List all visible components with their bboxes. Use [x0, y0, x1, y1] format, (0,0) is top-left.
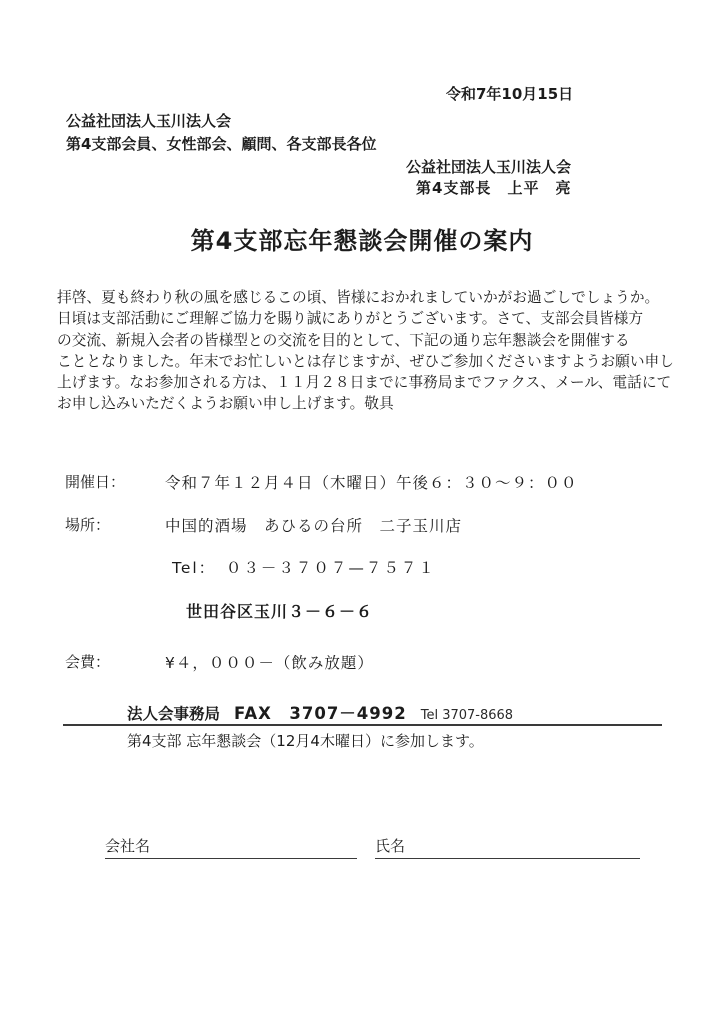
reply-slip-divider: [63, 724, 662, 726]
office-tel: Tel 3707-8668: [421, 708, 513, 723]
document-title: 第4支部忘年懇談会開催の案内: [0, 221, 724, 256]
fee-value: ¥４，０００－（飲み放題）: [165, 651, 374, 673]
venue-value: 中国的酒場 あひるの台所 二子玉川店: [165, 514, 462, 536]
body-paragraph: 拝啓、夏も終わり秋の風を感じるこの頃、皆様におかれましていかがお過ごしでしょうか…: [57, 287, 672, 415]
sender-name: 第4支部長 上平 亮: [416, 177, 571, 198]
body-line: 拝啓、夏も終わり秋の風を感じるこの頃、皆様におかれましていかがお過ごしでしょうか…: [57, 287, 672, 308]
office-fax: FAX 3707－4992: [234, 704, 407, 723]
event-date-label: 開催日：: [65, 471, 125, 492]
body-line: お申し込みいただくようお願い申し上げます。敬具: [57, 393, 672, 414]
venue-label: 場所：: [65, 514, 110, 535]
office-name: 法人会事務局: [127, 705, 220, 723]
body-line: の交流、新規入会者の皆様型との交流を目的として、下記の通り忘年懇談会を開催する: [57, 330, 672, 351]
fee-label: 会費：: [65, 651, 110, 672]
body-line: こととなりました。年末でお忙しいとは存じますが、ぜひご参加くださいますようお願い…: [57, 351, 672, 372]
recipient-addressees: 第4支部会員、女性部会、顧問、各支部長各位: [66, 133, 376, 154]
body-line: 上げます。なお参加される方は、１１月２８日までに事務局までファクス、メール、電話…: [57, 372, 672, 393]
sender-org: 公益社団法人玉川法人会: [406, 156, 571, 177]
venue-phone: Tel： ０３－３７０７—７５７１: [172, 556, 436, 578]
participation-statement: 第4支部 忘年懇談会（12月4木曜日）に参加します。: [127, 730, 484, 751]
person-name-field: 氏名: [375, 835, 640, 859]
recipient-org: 公益社団法人玉川法人会: [66, 110, 231, 131]
body-line: 日頃は支部活動にご理解ご協力を賜り誠にありがとうございます。さて、支部会員皆様方: [57, 308, 672, 329]
office-contact-line: 法人会事務局FAX 3707－4992Tel 3707-8668: [127, 700, 513, 724]
venue-address: 世田谷区玉川３－６－６: [186, 599, 373, 622]
document-page: 令和7年10月15日 公益社団法人玉川法人会 第4支部会員、女性部会、顧問、各支…: [0, 0, 724, 1024]
company-name-field: 会社名: [105, 835, 357, 859]
event-date-value: 令和７年１２月４日（木曜日）午後６：３０～９：００: [165, 471, 578, 493]
issue-date: 令和7年10月15日: [446, 83, 573, 104]
